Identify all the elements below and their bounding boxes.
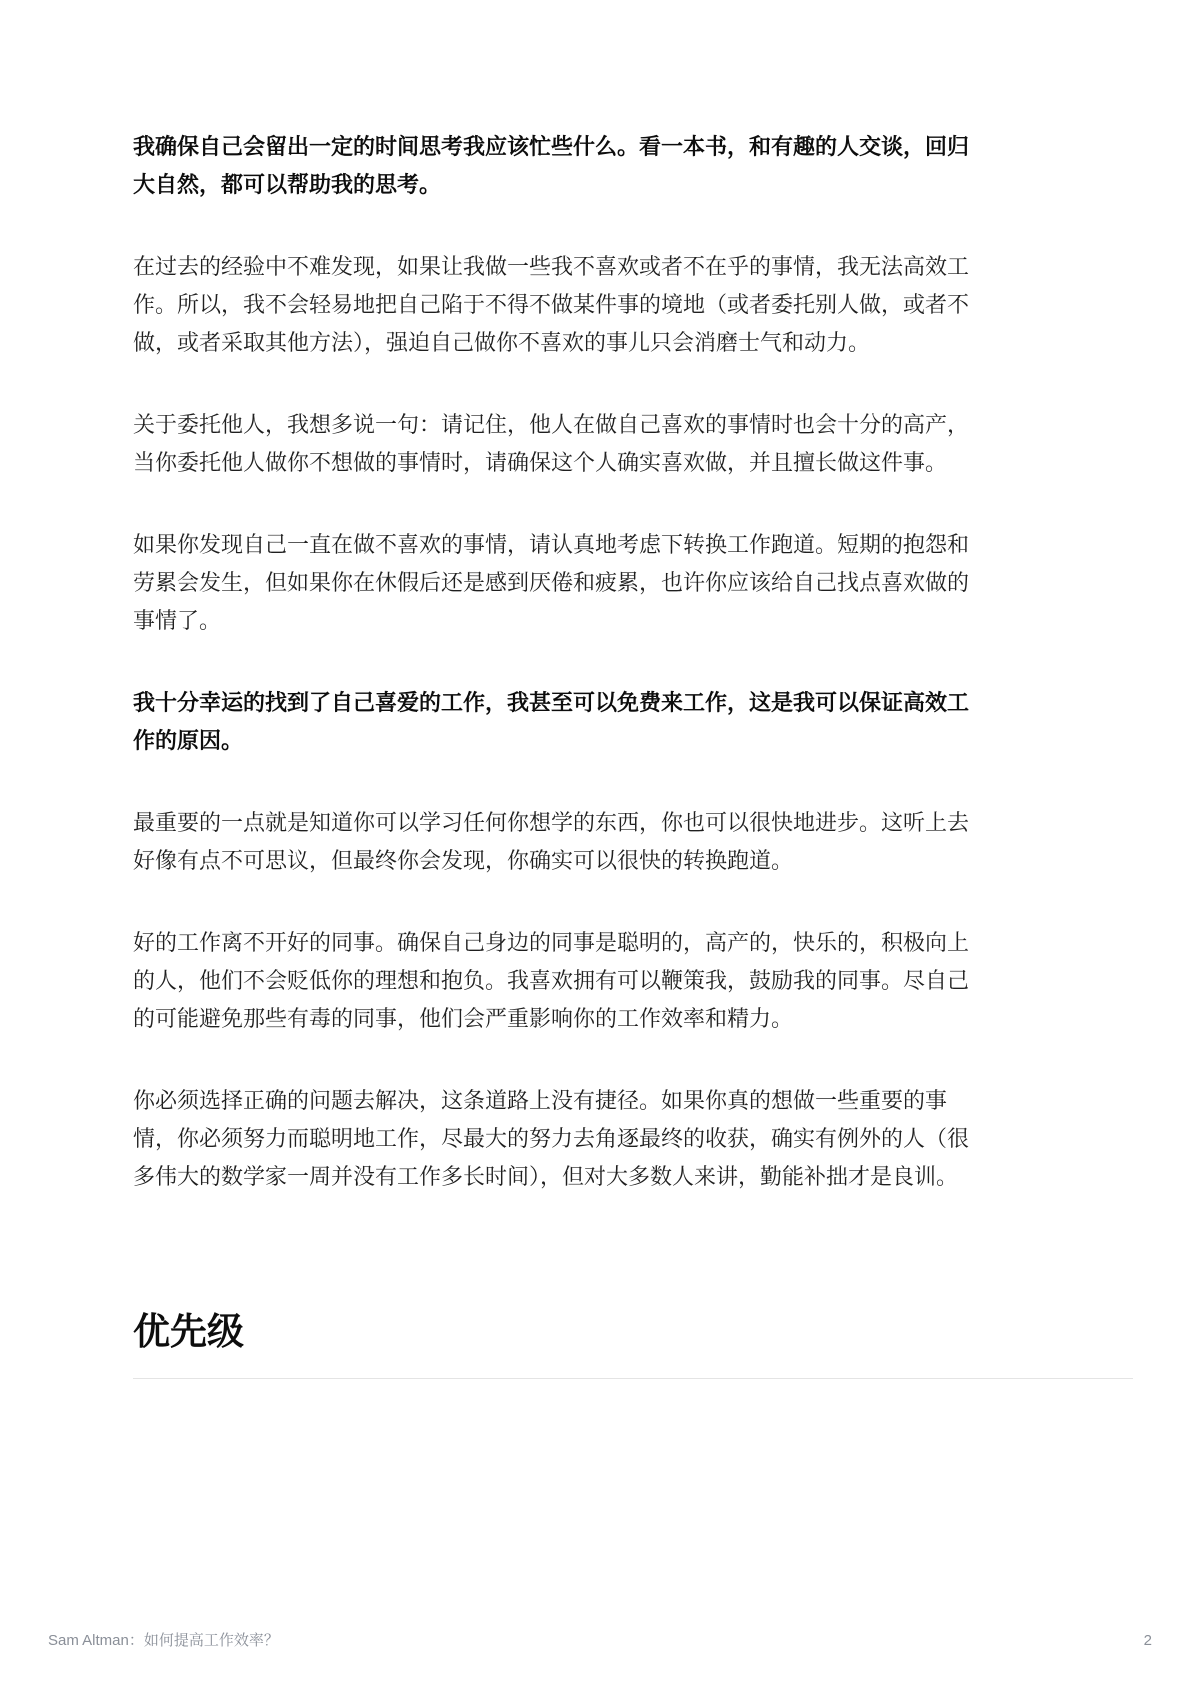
paragraph: 在过去的经验中不难发现，如果让我做一些我不喜欢或者不在乎的事情，我无法高效工作。… [133, 248, 985, 362]
document-page: 我确保自己会留出一定的时间思考我应该忙些什么。看一本书，和有趣的人交谈，回归大自… [0, 0, 1200, 1698]
section-heading: 优先级 [133, 1308, 985, 1356]
paragraph: 你必须选择正确的问题去解决，这条道路上没有捷径。如果你真的想做一些重要的事情，你… [133, 1082, 985, 1196]
paragraph-lead-bold: 我确保自己会留出一定的时间思考我应该忙些什么。看一本书，和有趣的人交谈，回归大自… [133, 128, 985, 204]
footer-document-title: Sam Altman：如何提高工作效率？ [48, 1629, 279, 1650]
paragraph: 好的工作离不开好的同事。确保自己身边的同事是聪明的，高产的，快乐的，积极向上的人… [133, 924, 985, 1038]
paragraph: 关于委托他人，我想多说一句：请记住，他人在做自己喜欢的事情时也会十分的高产，当你… [133, 406, 985, 482]
paragraph: 如果你发现自己一直在做不喜欢的事情，请认真地考虑下转换工作跑道。短期的抱怨和劳累… [133, 526, 985, 640]
document-body: 我确保自己会留出一定的时间思考我应该忙些什么。看一本书，和有趣的人交谈，回归大自… [133, 128, 985, 1379]
paragraph: 最重要的一点就是知道你可以学习任何你想学的东西，你也可以很快地进步。这听上去好像… [133, 804, 985, 880]
paragraph-emphasis-bold: 我十分幸运的找到了自己喜爱的工作，我甚至可以免费来工作，这是我可以保证高效工作的… [133, 684, 985, 760]
section-divider [133, 1378, 1133, 1379]
page-number: 2 [1144, 1632, 1152, 1649]
page-footer: Sam Altman：如何提高工作效率？ 2 [48, 1629, 1152, 1650]
